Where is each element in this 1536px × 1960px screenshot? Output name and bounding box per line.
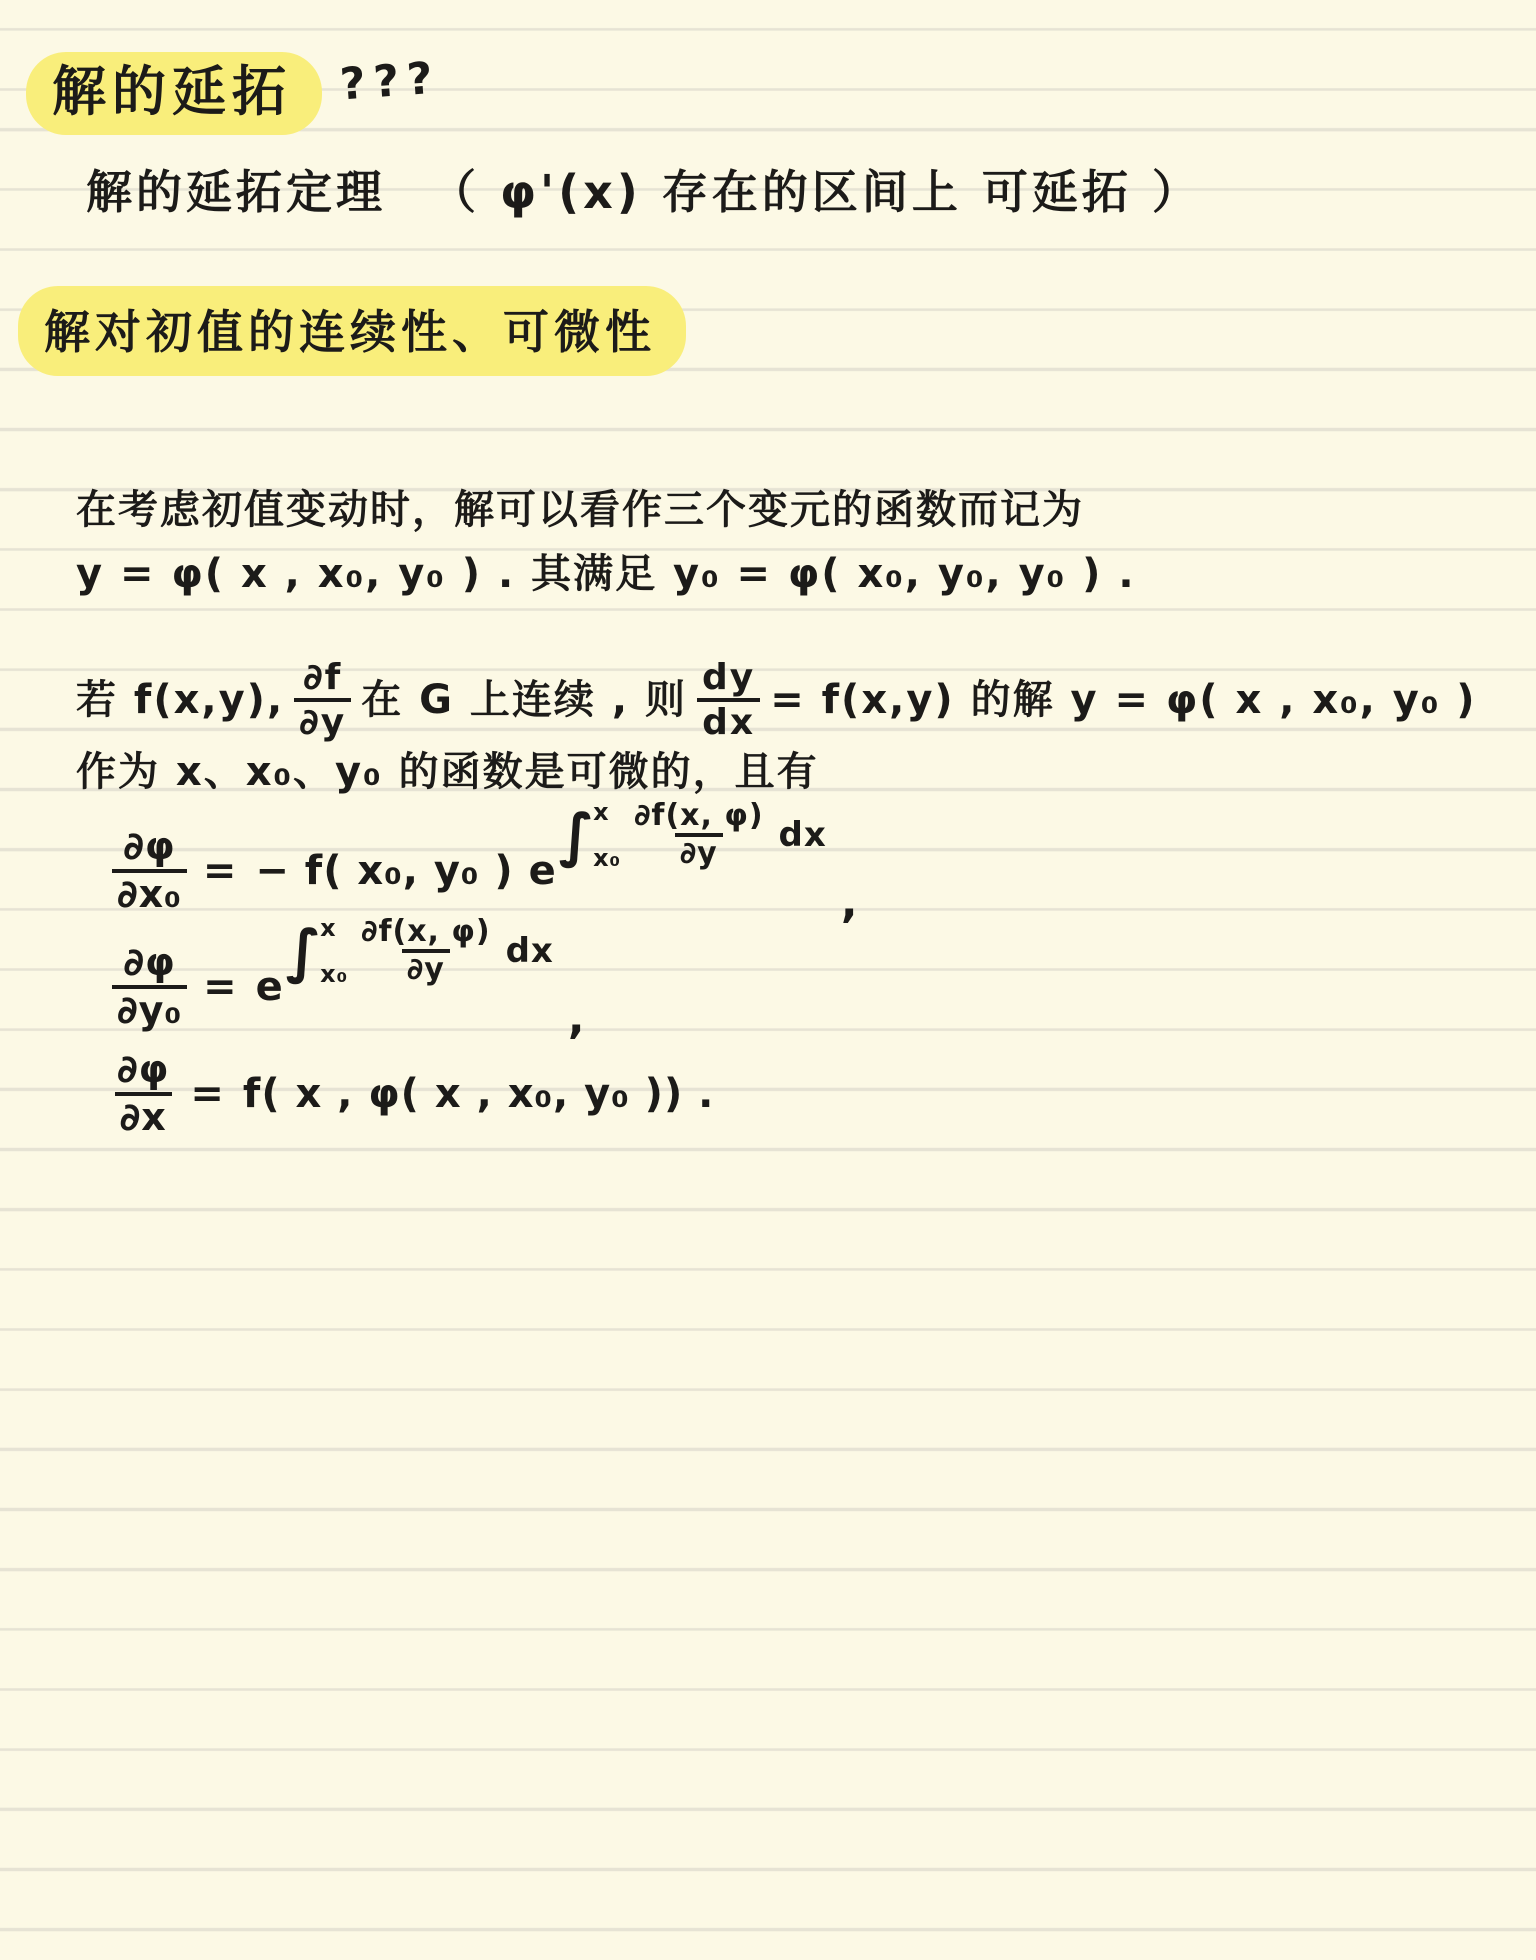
section-highlight: 解对初值的连续性、可微性 [18,286,686,376]
exponent-integral: ∫ x x₀ ∂f(x, φ) ∂y dx [286,914,554,988]
integrand-fraction: ∂f(x, φ) ∂y [629,799,768,872]
para2-line2: 作为 x、x₀、y₀ 的函数是可微的，且有 [76,748,819,796]
formula-pre: e [256,964,284,1010]
page-title: 解的延拓 [52,60,292,123]
partial-f-over-partial-y-fraction: ∂f ∂y [294,657,351,744]
integral-bounds: x x₀ [320,914,348,988]
title-highlight: 解的延拓 [26,52,322,135]
fraction-denominator: ∂y [402,949,450,988]
fraction-numerator: ∂f(x, φ) [629,799,768,834]
theorem-note: （ φ'(x) 存在的区间上 可延拓 ） [430,156,1202,222]
theorem-label: 解的延拓定理 [86,156,386,222]
integrand-fraction: ∂f(x, φ) ∂y [356,915,495,988]
differential-dx: dx [506,931,554,971]
fraction-denominator: ∂x₀ [112,869,187,917]
integral-upper-bound: x [320,914,336,942]
para1-line2: y = φ( x , x₀, y₀ ) . 其满足 y₀ = φ( x₀, y₀… [76,550,1136,598]
integral-lower-bound: x₀ [593,844,621,872]
equals-sign: = [203,964,238,1010]
para2-seg3: = f(x,y) 的解 y = φ( x , x₀, y₀ ) [770,676,1476,724]
fraction-denominator: dx [697,698,760,743]
fraction-numerator: ∂φ [112,1048,174,1092]
fraction-denominator: ∂y₀ [112,985,187,1033]
formula-rhs: f( x , φ( x , x₀, y₀ )) . [243,1071,714,1117]
trailing-comma: , [841,877,859,928]
lhs-fraction: ∂φ ∂x₀ [112,825,187,916]
question-marks: ??? [338,53,442,111]
differential-dx: dx [779,815,827,855]
equals-sign: = [190,1071,225,1117]
para2-seg1: 若 f(x,y), [76,676,284,724]
title-row: 解的延拓 ??? [26,52,441,135]
equals-sign: = [203,848,238,894]
fraction-denominator: ∂x [115,1092,172,1140]
para2-seg2: 在 G 上连续 , 则 [361,676,687,724]
fraction-numerator: ∂φ [118,825,180,869]
formula-dphi-dx: ∂φ ∂x = f( x , φ( x , x₀, y₀ )) . [112,1034,714,1154]
fraction-denominator: ∂y [294,698,351,743]
fraction-denominator: ∂y [675,833,723,872]
section-row: 解对初值的连续性、可微性 [18,286,686,376]
formula-pre: − f( x₀, y₀ ) e [255,848,556,894]
exponent-integral: ∫ x x₀ ∂f(x, φ) ∂y dx [559,798,827,872]
lhs-fraction: ∂φ ∂x [112,1048,174,1139]
fraction-numerator: ∂f(x, φ) [356,915,495,950]
integral-icon: ∫ [559,806,595,864]
fraction-numerator: ∂φ [118,941,180,985]
integral-icon: ∫ [286,922,322,980]
notebook-page: 解的延拓 ??? 解的延拓定理 （ φ'(x) 存在的区间上 可延拓 ） 解对初… [0,0,1536,1960]
para1-line1: 在考虑初值变动时，解可以看作三个变元的函数而记为 [76,486,1084,534]
integral-upper-bound: x [593,798,609,826]
integral-lower-bound: x₀ [320,960,348,988]
integral-bounds: x x₀ [593,798,621,872]
theorem-row: 解的延拓定理 （ φ'(x) 存在的区间上 可延拓 ） [86,156,1202,222]
fraction-numerator: dy [697,657,760,698]
fraction-numerator: ∂f [298,657,347,698]
dy-over-dx-fraction: dy dx [697,657,760,744]
para2-line1: 若 f(x,y), ∂f ∂y 在 G 上连续 , 则 dy dx = f(x,… [76,640,1477,760]
lhs-fraction: ∂φ ∂y₀ [112,941,187,1032]
section-heading: 解对初值的连续性、可微性 [44,305,656,359]
